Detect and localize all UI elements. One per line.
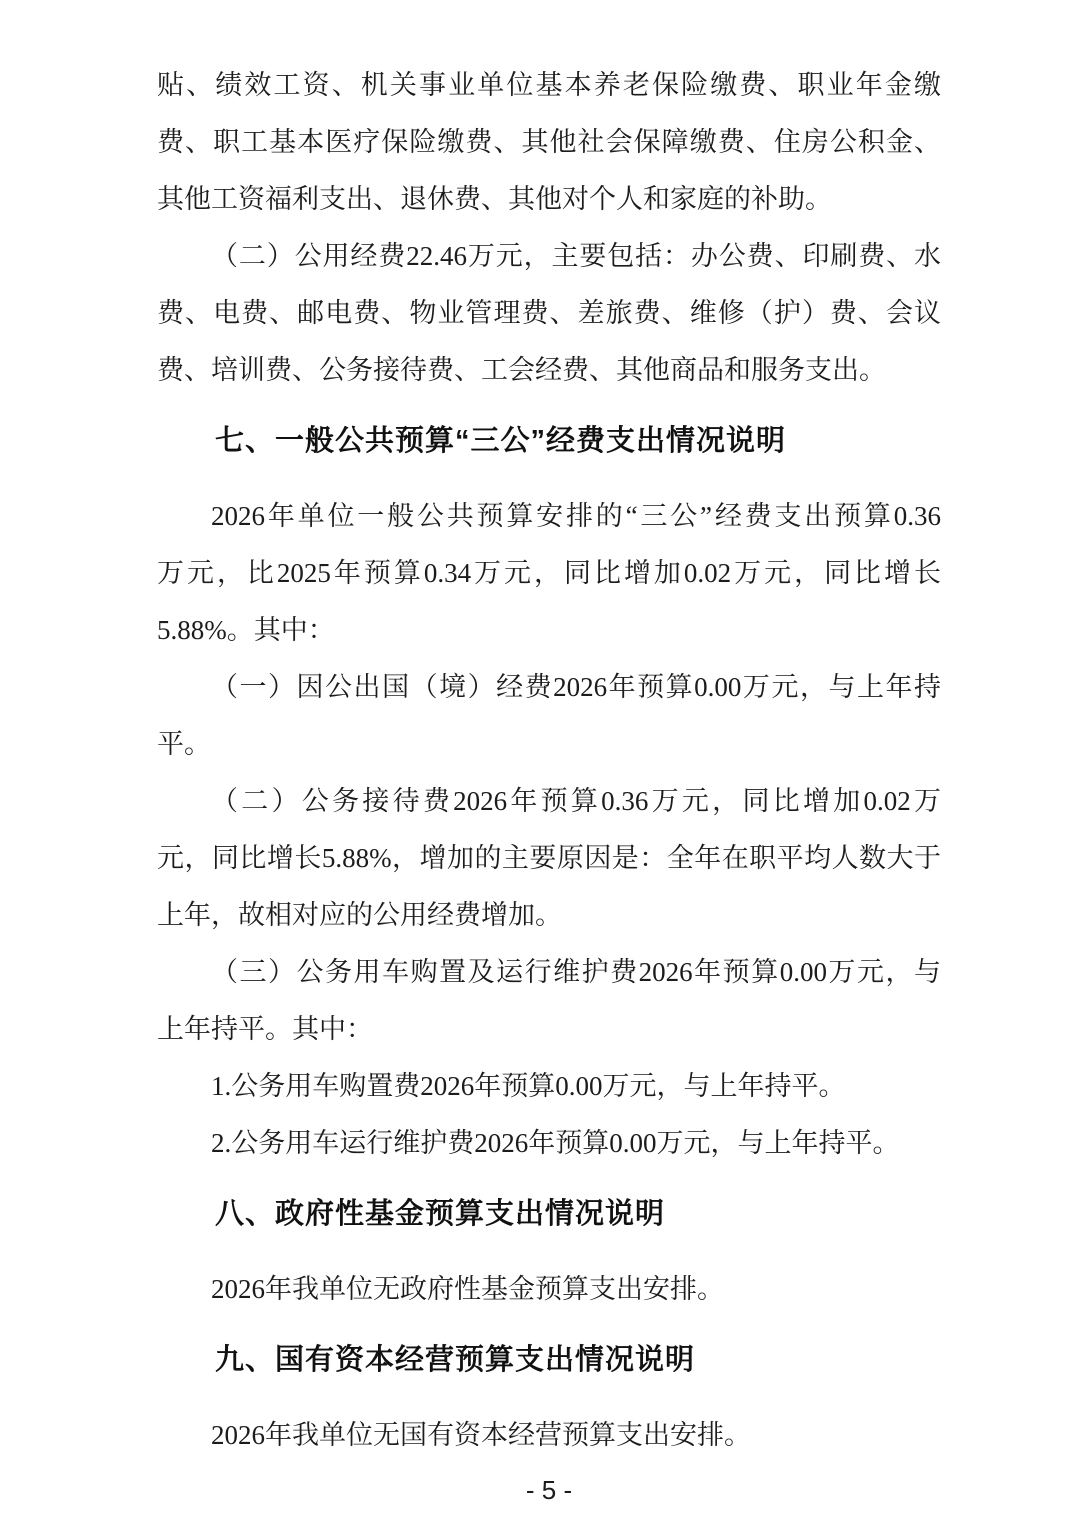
- text-line: 5.88%。其中：: [157, 602, 941, 659]
- paragraph-welfare-expense-continued: 贴、绩效工资、机关事业单位基本养老保险缴费、职业年金缴费、职工基本医疗保险缴费、…: [157, 57, 941, 228]
- text-line: （二）公用经费22.46万元，主要包括：办公费、印刷费、水: [157, 228, 941, 285]
- heading-section-eight-gov-fund-budget: 八、政府性基金预算支出情况说明: [157, 1186, 941, 1243]
- text-line: （一）因公出国（境）经费2026年预算0.00万元，与上年持: [157, 659, 941, 716]
- text-line: 2026年我单位无政府性基金预算支出安排。: [157, 1261, 941, 1318]
- paragraph-official-vehicle-expense: （三）公务用车购置及运行维护费2026年预算0.00万元，与上年持平。其中：: [157, 944, 941, 1058]
- paragraph-official-reception-expense: （二）公务接待费2026年预算0.36万元，同比增加0.02万元，同比增长5.8…: [157, 773, 941, 944]
- text-line: 2.公务用车运行维护费2026年预算0.00万元，与上年持平。: [157, 1115, 941, 1172]
- text-line: （二）公务接待费2026年预算0.36万元，同比增加0.02万: [157, 773, 941, 830]
- text-line: 费、培训费、公务接待费、工会经费、其他商品和服务支出。: [157, 342, 941, 399]
- paragraph-three-public-overview: 2026年单位一般公共预算安排的“三公”经费支出预算0.36万元，比2025年预…: [157, 488, 941, 659]
- text-line: 费、职工基本医疗保险缴费、其他社会保障缴费、住房公积金、: [157, 114, 941, 171]
- text-line: 2026年我单位无国有资本经营预算支出安排。: [157, 1407, 941, 1464]
- document-page: 贴、绩效工资、机关事业单位基本养老保险缴费、职业年金缴费、职工基本医疗保险缴费、…: [0, 0, 1074, 1520]
- text-line: 其他工资福利支出、退休费、其他对个人和家庭的补助。: [157, 171, 941, 228]
- paragraph-public-expense: （二）公用经费22.46万元，主要包括：办公费、印刷费、水费、电费、邮电费、物业…: [157, 228, 941, 399]
- text-line: 上年持平。其中：: [157, 1001, 941, 1058]
- paragraph-gov-fund-budget: 2026年我单位无政府性基金预算支出安排。: [157, 1261, 941, 1318]
- paragraph-vehicle-maintenance-expense: 2.公务用车运行维护费2026年预算0.00万元，与上年持平。: [157, 1115, 941, 1172]
- text-line: 平。: [157, 716, 941, 773]
- heading-section-nine-state-capital-budget: 九、国有资本经营预算支出情况说明: [157, 1332, 941, 1389]
- paragraph-state-capital-budget: 2026年我单位无国有资本经营预算支出安排。: [157, 1407, 941, 1464]
- text-line: 上年，故相对应的公用经费增加。: [157, 887, 941, 944]
- paragraph-vehicle-purchase-expense: 1.公务用车购置费2026年预算0.00万元，与上年持平。: [157, 1058, 941, 1115]
- text-line: 万元，比2025年预算0.34万元，同比增加0.02万元，同比增长: [157, 545, 941, 602]
- text-line: 贴、绩效工资、机关事业单位基本养老保险缴费、职业年金缴: [157, 57, 941, 114]
- text-line: 费、电费、邮电费、物业管理费、差旅费、维修（护）费、会议: [157, 285, 941, 342]
- text-line: 2026年单位一般公共预算安排的“三公”经费支出预算0.36: [157, 488, 941, 545]
- paragraph-overseas-trips-expense: （一）因公出国（境）经费2026年预算0.00万元，与上年持平。: [157, 659, 941, 773]
- page-number: - 5 -: [157, 1470, 941, 1520]
- text-line: 1.公务用车购置费2026年预算0.00万元，与上年持平。: [157, 1058, 941, 1115]
- heading-section-seven-three-public-funds: 七、一般公共预算“三公”经费支出情况说明: [157, 413, 941, 470]
- text-line: 元，同比增长5.88%，增加的主要原因是：全年在职平均人数大于: [157, 830, 941, 887]
- text-line: （三）公务用车购置及运行维护费2026年预算0.00万元，与: [157, 944, 941, 1001]
